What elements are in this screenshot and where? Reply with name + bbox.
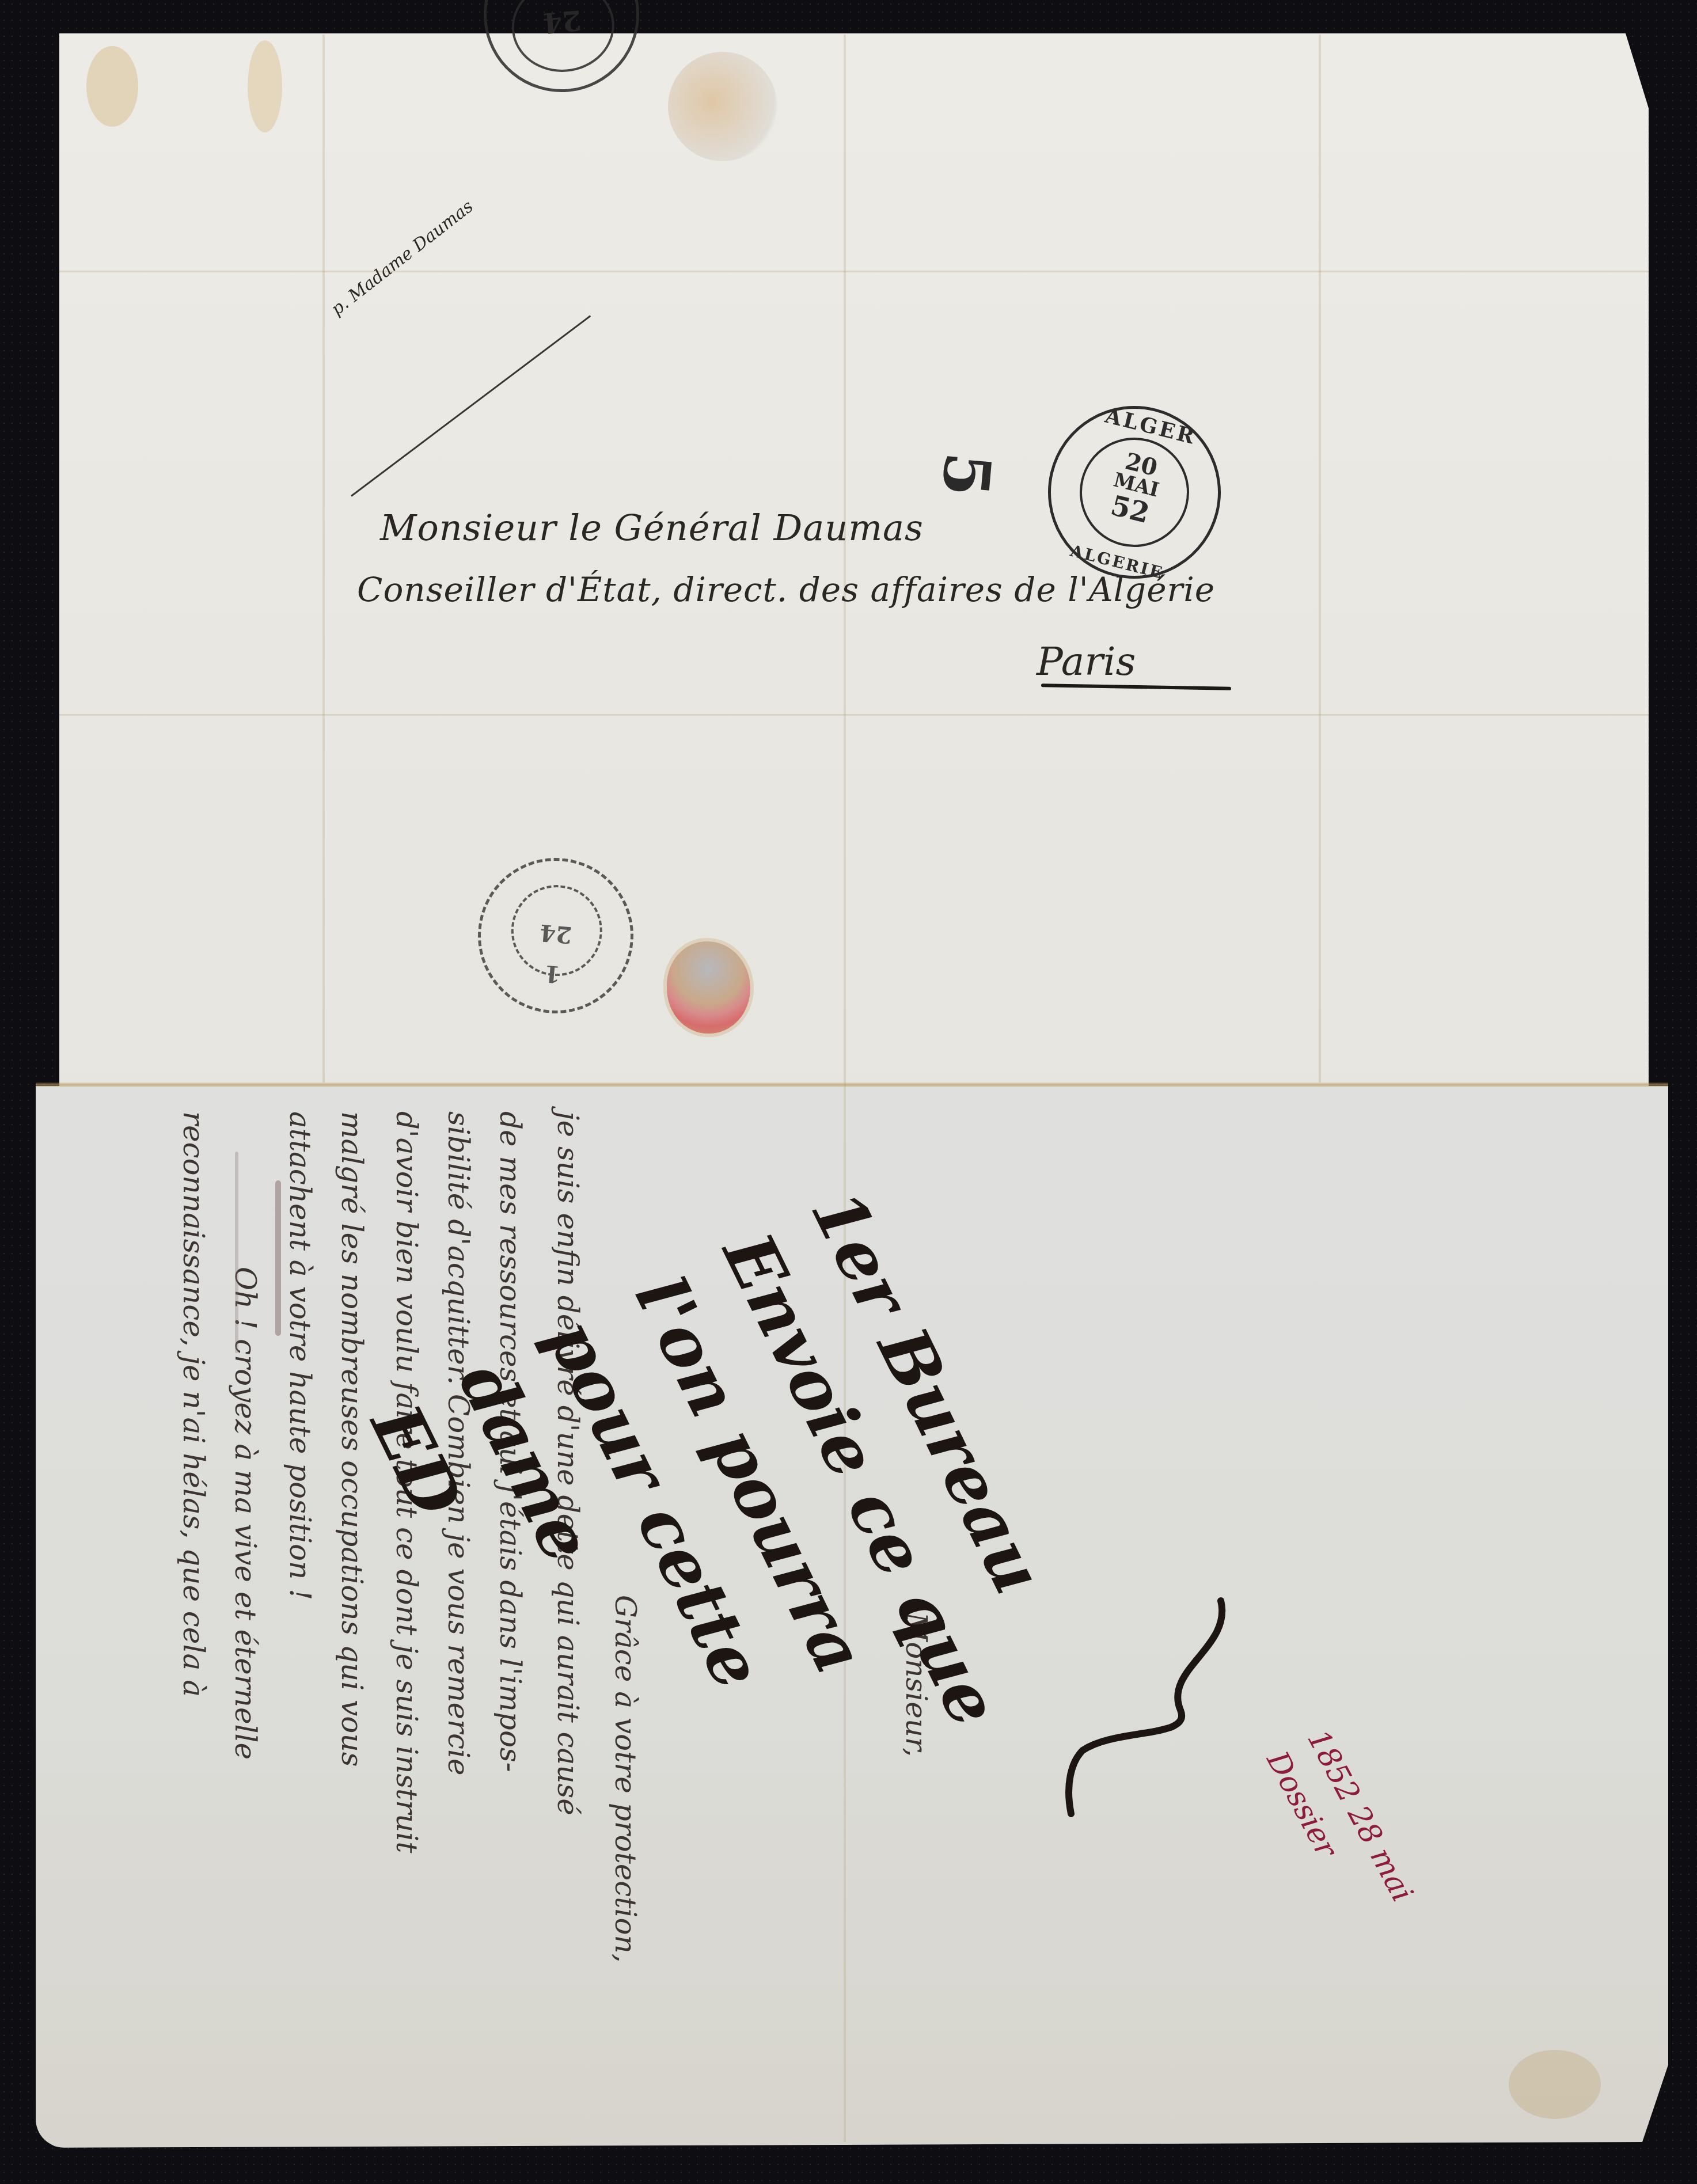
body-line: reconnaissance, je n'ai hélas, que cela … [177,1111,210,1697]
address-line-city: Paris [1037,639,1136,685]
horizontal-fold [36,1082,1668,1087]
seal-trace-top [668,52,777,161]
red-wax-seal [667,941,750,1034]
body-line: attachent à votre haute position ! [283,1111,317,1600]
rate-mark: 5 [928,450,1005,500]
horizontal-crease-lower [59,714,1649,716]
body-line: Oh ! croyez à ma vive et éternelle [229,1267,262,1760]
vertical-crease-mid [844,35,846,2142]
foxing-stain [248,40,282,132]
foxing-stain [86,46,138,127]
pencil-mark [275,1180,281,1336]
address-line-title: Conseiller d'État, direct. des affaires … [357,570,1215,609]
horizontal-crease-upper [59,271,1649,272]
letter-sheet: PARIS 24 p. Madame Daumas ALGER 20 MAI 5… [0,0,1697,2184]
foxing-stain [1509,2050,1601,2119]
address-panel [59,33,1649,1086]
pencil-mark [235,1152,238,1353]
vertical-crease-left [322,35,325,1082]
address-line-name: Monsieur le Général Daumas [380,507,924,549]
vertical-crease-right [1319,35,1321,1082]
